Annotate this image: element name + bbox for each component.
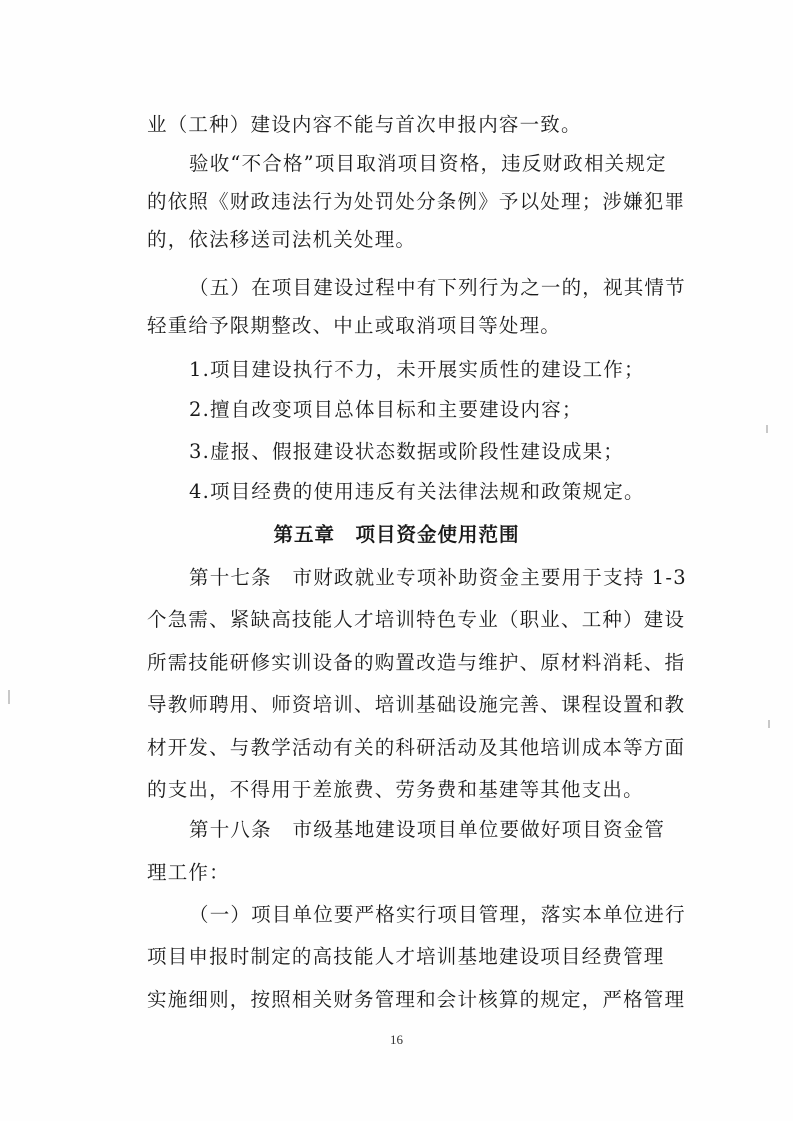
paragraph-line: 的支出，不得用于差旅费、劳务费和基建等其他支出。 — [147, 777, 707, 803]
paragraph-line: 个急需、紧缺高技能人才培训特色专业（职业、工种）建设 — [147, 607, 707, 633]
article-line: 第十八条 市级基地建设项目单位要做好项目资金管 — [189, 817, 749, 843]
list-item: 3.虚报、假报建设状态数据或阶段性建设成果； — [189, 439, 749, 465]
scan-speck — [8, 690, 10, 704]
paragraph-line: 所需技能研修实训设备的购置改造与维护、原材料消耗、指 — [147, 650, 707, 676]
scan-speck — [766, 425, 768, 433]
paragraph-line: （五）在项目建设过程中有下列行为之一的，视其情节 — [189, 275, 749, 301]
paragraph-line: 项目申报时制定的高技能人才培训基地建设项目经费管理 — [147, 944, 707, 970]
paragraph-line: 业（工种）建设内容不能与首次申报内容一致。 — [147, 112, 707, 138]
paragraph-line: （一）项目单位要严格实行项目管理，落实本单位进行 — [189, 902, 749, 928]
paragraph-line: 轻重给予限期整改、中止或取消项目等处理。 — [147, 313, 707, 339]
paragraph-line: 材开发、与教学活动有关的科研活动及其他培训成本等方面 — [147, 735, 707, 761]
page-number: 16 — [0, 1032, 793, 1048]
article-line: 第十七条 市财政就业专项补助资金主要用于支持 1-3 — [189, 565, 749, 591]
paragraph-line: 的依照《财政违法行为处罚处分条例》予以处理；涉嫌犯罪 — [147, 189, 707, 215]
list-item: 1.项目建设执行不力，未开展实质性的建设工作； — [189, 357, 749, 383]
list-item: 4.项目经费的使用违反有关法律法规和政策规定。 — [189, 479, 749, 505]
chapter-heading: 第五章 项目资金使用范围 — [0, 522, 793, 548]
document-page: 业（工种）建设内容不能与首次申报内容一致。 验收“不合格”项目取消项目资格，违反… — [0, 0, 793, 1121]
paragraph-line: 理工作： — [147, 860, 707, 886]
paragraph-line: 导教师聘用、师资培训、培训基础设施完善、课程设置和教 — [147, 692, 707, 718]
scan-speck — [768, 720, 770, 728]
paragraph-line: 验收“不合格”项目取消项目资格，违反财政相关规定 — [189, 151, 749, 177]
paragraph-line: 的，依法移送司法机关处理。 — [147, 227, 707, 253]
paragraph-line: 实施细则，按照相关财务管理和会计核算的规定，严格管理 — [147, 987, 707, 1013]
list-item: 2.擅自改变项目总体目标和主要建设内容； — [189, 397, 749, 423]
